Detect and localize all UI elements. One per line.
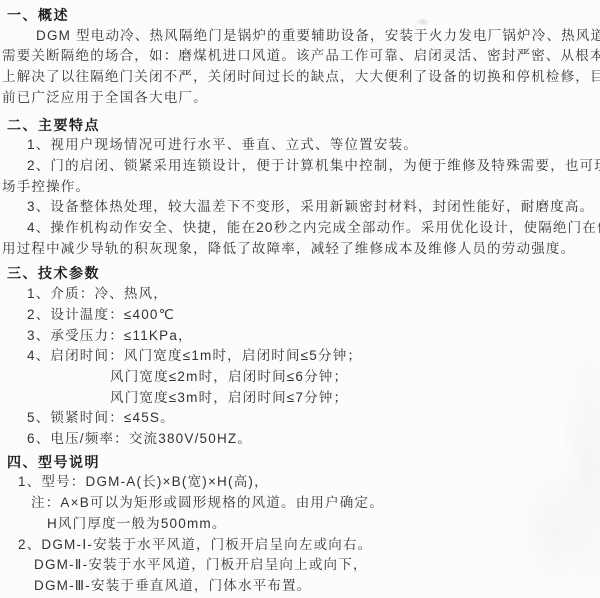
doc-line: 6、电压/频率：交流380V/50HZ。 bbox=[0, 429, 600, 450]
doc-line: 1、介质：冷、热风， bbox=[0, 284, 600, 305]
section-heading: 一、概述 bbox=[0, 5, 600, 26]
document-page: { "page": { "background": "#fcfcfb", "he… bbox=[0, 0, 600, 598]
doc-line: 上解决了以往隔绝门关闭不严，关闭时间过长的缺点，大大便利了设备的切换和停机检修，… bbox=[0, 67, 600, 88]
section-heading: 二、主要特点 bbox=[0, 115, 600, 136]
doc-line: H风门厚度一般为500mm。 bbox=[0, 514, 600, 535]
doc-line: 3、承受压力：≤11KPa， bbox=[0, 326, 600, 347]
doc-line: 前已广泛应用于全国各大电厂。 bbox=[0, 88, 600, 109]
doc-line: 风门宽度≤2m时，启闭时间≤6分钟； bbox=[0, 367, 600, 388]
doc-line: 4、操作机构动作安全、快捷，能在20秒之内完成全部动作。采用优化设计，使隔绝门在… bbox=[0, 218, 600, 239]
doc-line: 用过程中减少导轨的积灰现象，降低了故障率，减轻了维修成本及维修人员的劳动强度。 bbox=[0, 239, 600, 260]
doc-line: DGM 型电动冷、热风隔绝门是锅炉的重要辅助设备，安装于火力发电厂锅炉冷、热风道… bbox=[0, 26, 600, 47]
doc-line: 2、DGM-Ⅰ-安装于水平风道，门板开启呈向左或向右。 bbox=[0, 535, 600, 556]
doc-line: 场手控操作。 bbox=[0, 177, 600, 198]
section-heading: 三、技术参数 bbox=[0, 263, 600, 284]
section-1: 一、概述DGM 型电动冷、热风隔绝门是锅炉的重要辅助设备，安装于火力发电厂锅炉冷… bbox=[0, 5, 600, 109]
doc-line: 1、视用户现场情况可进行水平、垂直、立式、等位置安装。 bbox=[0, 135, 600, 156]
doc-line: DGM-Ⅲ-安装于垂直风道，门体水平布置。 bbox=[0, 576, 600, 597]
section-2: 二、主要特点1、视用户现场情况可进行水平、垂直、立式、等位置安装。2、门的启闭、… bbox=[0, 115, 600, 260]
doc-line: 4、启闭时间：风门宽度≤1m时，启闭时间≤5分钟； bbox=[0, 346, 600, 367]
document-body: 一、概述DGM 型电动冷、热风隔绝门是锅炉的重要辅助设备，安装于火力发电厂锅炉冷… bbox=[0, 0, 600, 597]
doc-line: 5、锁紧时间：≤45S。 bbox=[0, 408, 600, 429]
doc-line: 注：A×B可以为矩形或圆形规格的风道。由用户确定。 bbox=[0, 493, 600, 514]
doc-line: DGM-Ⅱ-安装于水平风道，门板开启呈向上或向下， bbox=[0, 555, 600, 576]
section-3: 三、技术参数1、介质：冷、热风，2、设计温度：≤400℃3、承受压力：≤11KP… bbox=[0, 263, 600, 449]
section-4: 四、型号说明1、型号：DGM-A(长)×B(宽)×H(高)，注：A×B可以为矩形… bbox=[0, 452, 600, 597]
doc-line: 1、型号：DGM-A(长)×B(宽)×H(高)， bbox=[0, 472, 600, 493]
doc-line: 2、设计温度：≤400℃ bbox=[0, 305, 600, 326]
doc-line: 风门宽度≤3m时，启闭时间≤7分钟； bbox=[0, 388, 600, 409]
doc-line: 需要关断隔绝的场合，如：磨煤机进口风道。该产品工作可靠、启闭灵活、密封严密、从根… bbox=[0, 46, 600, 67]
doc-line: 2、门的启闭、锁紧采用连锁设计，便于计算机集中控制，为便于维修及特殊需要，也可现 bbox=[0, 156, 600, 177]
section-heading: 四、型号说明 bbox=[0, 452, 600, 473]
doc-line: 3、设备整体热处理，较大温差下不变形，采用新颖密封材料，封闭性能好，耐磨度高。 bbox=[0, 197, 600, 218]
